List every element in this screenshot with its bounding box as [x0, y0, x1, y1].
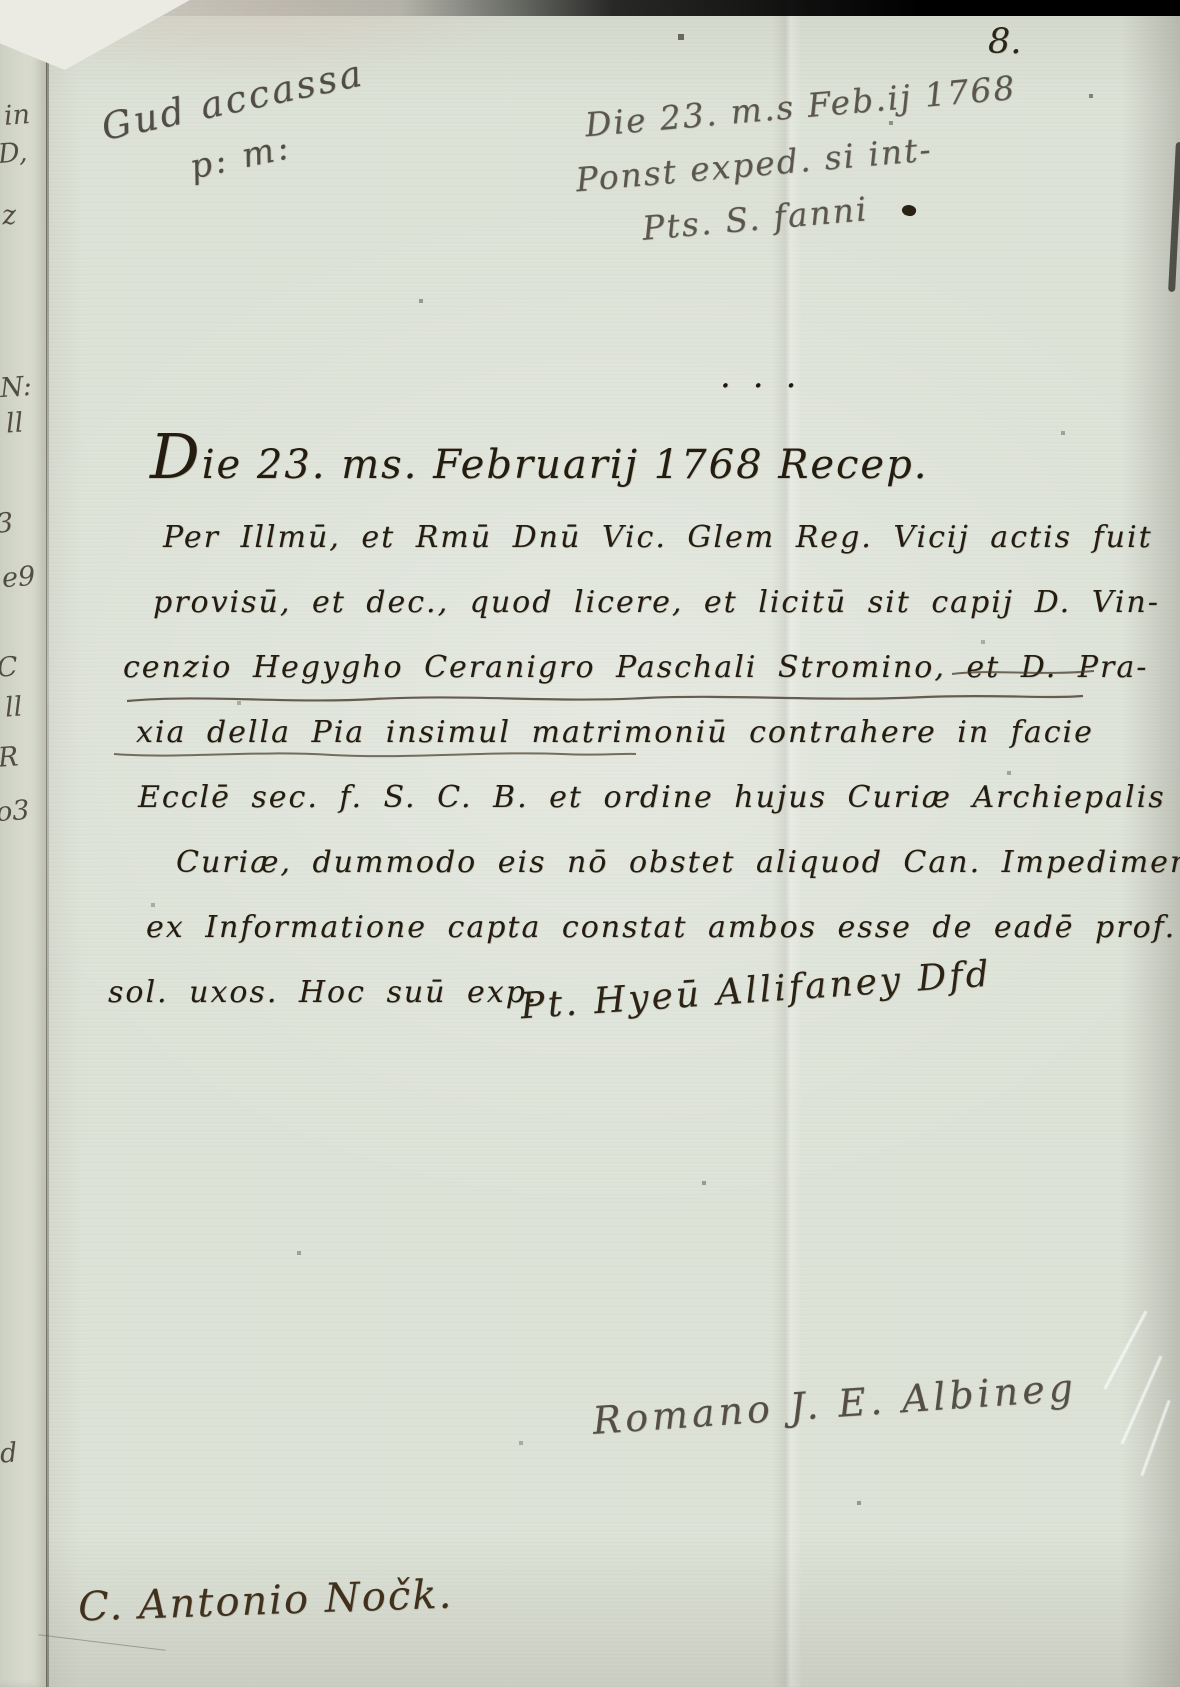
decree-line: Curiæ, dummodo eis nō obstet aliquod Can…: [176, 830, 1113, 895]
paper-specks: [0, 0, 2, 2]
ellipsis-mark: ···: [720, 366, 818, 406]
margin-fragment: e9: [1, 561, 36, 594]
wavy-underline-short: [112, 746, 640, 762]
fold-crease-left: [46, 0, 49, 1687]
manuscript-scan: in D, z N: ll 3 e9 C ll R o3 d 8. Gud ac…: [0, 0, 1180, 1687]
margin-fragment: R: [0, 741, 19, 773]
decree-line: ex Informatione capta constat ambos esse…: [146, 895, 1113, 960]
decree-line: Ecclē sec. f. S. C. B. et ordine hujus C…: [138, 765, 1113, 830]
margin-fragment: o3: [0, 795, 30, 828]
decree-line: provisū, et dec., quod licere, et licitū…: [153, 570, 1113, 635]
margin-fragment: C: [0, 651, 19, 683]
margin-fragment: D,: [0, 137, 28, 170]
margin-fragment: d: [0, 1437, 18, 1469]
margin-fragment: in: [3, 99, 31, 132]
binding-edge: in D, z N: ll 3 e9 C ll R o3 d: [0, 0, 47, 1687]
folio-number: 8.: [988, 22, 1021, 62]
wavy-underline-long: [125, 690, 1087, 708]
margin-fragment: ll: [5, 407, 24, 439]
margin-fragment: N:: [0, 371, 33, 404]
margin-fragment: 3: [0, 507, 14, 539]
margin-fragment: z: [1, 200, 17, 232]
margin-fragment: ll: [4, 691, 23, 723]
decree-text: Die 23. ms. Februarij 1768 Recep. Per Il…: [108, 420, 1113, 1025]
decree-date-line: Die 23. ms. Februarij 1768 Recep.: [150, 420, 1113, 493]
strike-mark: [950, 666, 1098, 680]
decree-line: Per Illmū, et Rmū Dnū Vic. Glem Reg. Vic…: [163, 505, 1113, 570]
